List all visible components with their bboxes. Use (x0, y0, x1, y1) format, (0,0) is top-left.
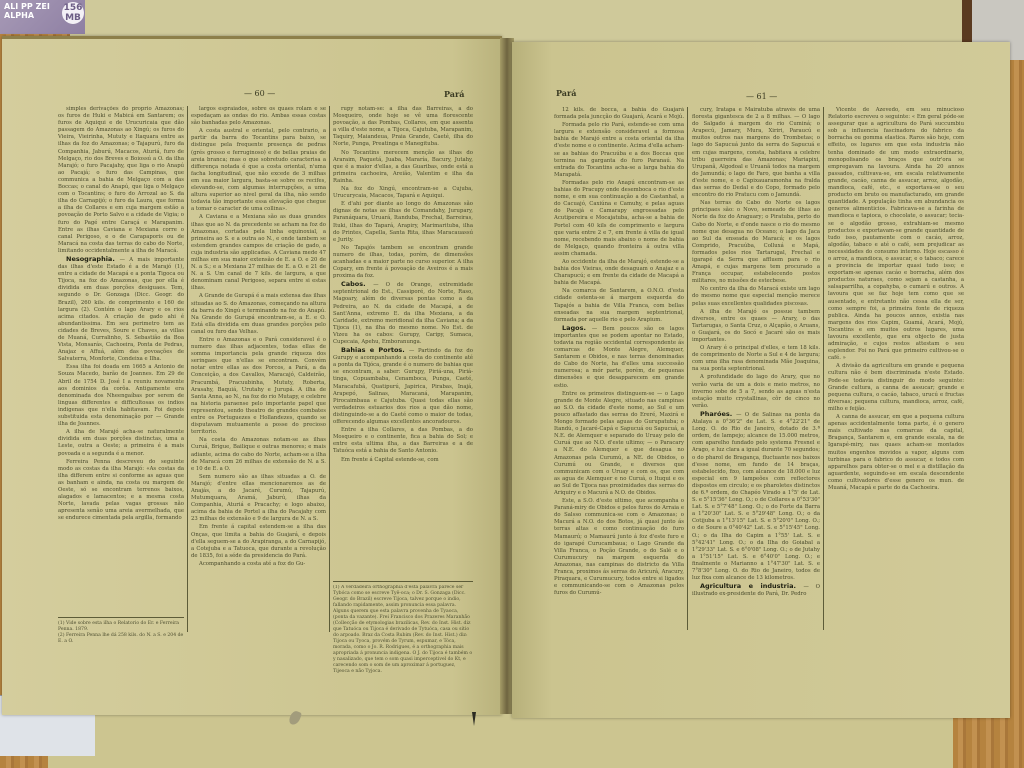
footnote-tijoca: (1) A verdadeira orthographia d'esta pal… (333, 585, 473, 685)
paragraph: Acompanhando a costa até a foz do Gu- (191, 561, 326, 568)
paragraph: Nesographia. — A mais importante das ilh… (58, 256, 184, 363)
column-rule (187, 106, 188, 632)
paragraph: A ilha de Marajó acha-se naturalmente di… (58, 429, 184, 457)
footnote-rule (58, 617, 184, 618)
section-heading: Agricultura e industria. (700, 582, 803, 590)
text-column-2: largos espraiados, sobre os quaes rolam … (191, 106, 326, 636)
paragraph: O Arary é o principal d'elles, e tem 18 … (692, 345, 820, 373)
paragraph: Lagos. — Bem poucos são os lagos importa… (554, 325, 684, 390)
paragraph: A Grande de Gurupá é a mais extensa das … (191, 293, 326, 336)
paragraph: Entre o Amazonas e o Pará consideravel é… (191, 337, 326, 436)
paragraph: Ao occidente da ilha de Marajó, estende-… (554, 259, 684, 287)
paragraph: cury, Iratapa e Mairatuba através de uma… (692, 107, 820, 199)
column-rule (329, 106, 330, 632)
running-head: Pará (556, 88, 576, 98)
paragraph: 12 kils. de bocca, a bahia do Guajará fo… (554, 107, 684, 121)
paragraph: Na foz do Xingú, encontram-se a Cujuba, … (333, 186, 473, 200)
section-heading: Cabos. (341, 280, 373, 288)
paragraph: Formadas pelo rio Anapú encontram-se as … (554, 180, 684, 258)
paragraph: A ilha de Marajó os possue tambem divers… (692, 309, 820, 344)
paragraph: Ferreira Penna descreveu do seguinte mod… (58, 459, 184, 523)
section-heading: Lagos. (562, 324, 592, 332)
text-column-3: rupy notam-se: a ilha das Barreiras, a d… (333, 106, 473, 578)
paragraph: Vicente de Azevedo, em seu minucioso Rel… (828, 107, 964, 362)
paragraph: Nas terras do Cabo do Norte os lagos pri… (692, 200, 820, 285)
paragraph: rupy notam-se: a ilha das Barreiras, a d… (333, 106, 473, 149)
right-page: Pará — 61 — 12 kils. de bocca, a bahia d… (512, 42, 1010, 718)
left-page: — 60 — Pará simples derivações do propri… (2, 36, 502, 715)
paragraph: largos espraiados, sobre os quaes rolam … (191, 106, 326, 127)
paragraph: Entre os primeiros distinguem-se — o Lag… (554, 391, 684, 497)
column-rule (687, 107, 688, 630)
section-heading: Nesographia. (66, 255, 120, 263)
footnotes: (1) Vide sobre esta ilha o Relatorio do … (58, 621, 184, 645)
paragraph: Entre a ilha Collares, a das Pombas, a d… (333, 427, 473, 455)
paragraph: Cabos. — O de Orange, extremidade septen… (333, 281, 473, 346)
text-column-2: cury, Iratapa e Mairatuba através de uma… (692, 107, 820, 647)
paragraph: No centro da ilha do Maracá existe um la… (692, 286, 820, 307)
paragraph: Sem numero são as ilhas situadas a O. de… (191, 474, 326, 524)
paragraph: No Tapajós tambem se encontram grande nu… (333, 245, 473, 280)
paragraph: E d'ahi por diante ao longo do Amazonas … (333, 201, 473, 244)
page-number: — 61 — (746, 92, 777, 101)
size-badge: 156MB (62, 2, 84, 24)
paragraph: Em frente á capital estendem-se a ilha d… (191, 524, 326, 559)
text-column-1: 12 kils. de bocca, a bahia do Guajará fo… (554, 107, 684, 637)
paragraph: A divisão da agricultura em grande e peq… (828, 363, 964, 413)
paragraph: Em frente á Capital estende-se, com (333, 457, 473, 464)
paragraph: A costa austral e oriental, pelo contrar… (191, 128, 326, 213)
paragraph: simples derivações do proprio Amazonas; … (58, 106, 184, 255)
page-number: — 60 — (244, 89, 275, 98)
paragraph: Este, a S.O. d'este ultimo, que acompanh… (554, 498, 684, 597)
paragraph: Bahias e Portos. — Partindo da foz do Gu… (333, 347, 473, 426)
open-book: — 60 — Pará simples derivações do propri… (2, 28, 1012, 718)
paragraph: A Caviana e a Mexiana são as duas grande… (191, 214, 326, 292)
paragraph: Na comarca de Santarem, a O.N.O. d'esta … (554, 288, 684, 323)
paragraph: No Tocantins merecem menção as ilhas do … (333, 150, 473, 185)
column-rule (823, 107, 824, 630)
paragraph: A profundidade do lago do Arary, que no … (692, 374, 820, 409)
text-column-3: Vicente de Azevedo, em seu minucioso Rel… (828, 107, 964, 637)
section-heading: Bahias e Portos. (341, 346, 409, 354)
paragraph: Pharóes. — O de Salinas na ponta da Atal… (692, 411, 820, 582)
paragraph: Essa ilha foi doada em 1665 a Antonio de… (58, 364, 184, 428)
paragraph: Agricultura e industria. — O illustrado … (692, 583, 820, 598)
paragraph: Na costa do Amazonas notam-se as ilhas C… (191, 437, 326, 472)
footnote-rule (333, 581, 473, 582)
section-heading: Pharóes. (700, 410, 736, 418)
paragraph: Formada pelo rio Pará, estende-se com um… (554, 122, 684, 179)
paragraph: A canna de assucar, em que a pequena cul… (828, 414, 964, 492)
text-column-1: simples derivações do proprio Amazonas; … (58, 106, 184, 636)
running-head: Pará (444, 89, 464, 99)
